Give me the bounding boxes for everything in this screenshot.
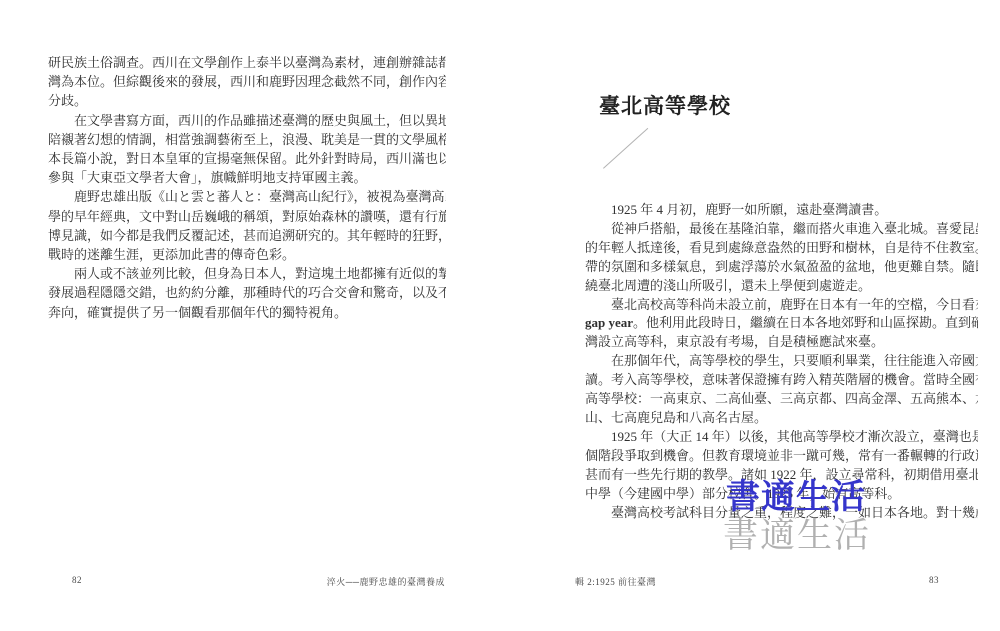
text-line: 本長篇小說，對日本皇軍的宣揚毫無保留。此外針對時局，西川滿也以行動 <box>48 149 446 168</box>
text-line: 1925 年 4 月初，鹿野一如所願，遠赴臺灣讀書。 <box>585 201 978 220</box>
text-line: 兩人或不該並列比較，但身為日本人，對這塊土地都擁有近似的摯愛， <box>48 264 446 283</box>
left-page-text: 研民族土俗調查。西川在文學創作上泰半以臺灣為素材，連創辦雜誌都以臺灣為本位。但綜… <box>48 53 446 322</box>
chapter-title: 臺北高等學校 <box>599 90 731 120</box>
text-line: 臺北高校高等科尚未設立前，鹿野在日本有一年的空檔，今日看來如 <box>585 296 978 315</box>
text-line: 個階段爭取到機會。但教育環境並非一蹴可幾，常有一番輾轉的行政過程， <box>585 447 978 466</box>
text-line: 的年輕人抵達後，看見到處綠意盎然的田野和樹林，自是待不住教室。亞熱 <box>585 239 978 258</box>
text-line: 博見識，如今都是我們反覆記述，甚而追溯研究的。其年輕時的狂野，還有 <box>48 226 446 245</box>
text-line: 從神戶搭船，最後在基隆泊靠，繼而搭火車進入臺北城。喜愛昆蟲採集 <box>585 220 978 239</box>
diagonal-rule-decoration <box>603 128 648 169</box>
text-line: 繞臺北周遭的淺山所吸引，還未上學便到處遊走。 <box>585 277 978 296</box>
watermark-ghost: 書適生活 <box>723 508 871 558</box>
text-line: 在那個年代，高等學校的學生，只要順利畢業，往往能進入帝國大學就 <box>585 352 978 371</box>
text-line: 戰時的迷離生涯，更添加此書的傳奇色彩。 <box>48 245 446 264</box>
text-line: 灣為本位。但綜觀後來的發展，西川和鹿野因理念截然不同，創作內容自有 <box>48 72 446 91</box>
text-line: 分歧。 <box>48 91 446 110</box>
text-line: 灣設立高等科，東京設有考場，自是積極應試來臺。 <box>585 333 978 352</box>
text-line: gap year。他利用此段時日，繼續在日本各地郊野和山區探勘。直到確定臺 <box>585 314 978 333</box>
text-line: 帶的氛圍和多樣氣息，到處浮蕩於水氣盈盈的盆地，他更難自禁。隨即被環 <box>585 258 978 277</box>
book-spread: { "left_page": { "page_number": "82", "r… <box>0 0 1000 631</box>
text-line: 奔向，確實提供了另一個觀看那個年代的獨特視角。 <box>48 303 446 322</box>
right-running-title: 輯 2:1925 前往臺灣 <box>575 575 656 588</box>
text-line: 1925 年（大正 14 年）以後，其他高等學校才漸次設立，臺灣也是在這 <box>585 428 978 447</box>
text-line: 讀。考入高等學校，意味著保證擁有跨入精英階層的機會。當時全國有八所 <box>585 371 978 390</box>
text-line: 在文學書寫方面，西川的作品雖描述臺灣的歷史與風土，但以異地風土 <box>48 111 446 130</box>
text-line: 陪襯著幻想的情調，相當強調藝術至上，浪漫、耽美是一貫的文學風格。幾 <box>48 130 446 149</box>
text-line: 山、七高鹿兒島和八高名古屋。 <box>585 409 978 428</box>
text-line: 高等學校：一高東京、二高仙臺、三高京都、四高金澤、五高熊本、六高岡 <box>585 390 978 409</box>
text-line: 參與「大東亞文學者大會」，旗幟鮮明地支持軍國主義。 <box>48 168 446 187</box>
right-page-number: 83 <box>929 575 939 585</box>
text-line: 發展過程隱隱交錯，也約約分離，那種時代的巧合交會和驚奇，以及不同的 <box>48 283 446 302</box>
text-line: 鹿野忠雄出版《山と雲と蕃人と：臺灣高山紀行》，被視為臺灣高山文 <box>48 187 446 206</box>
text-line: 學的早年經典，文中對山岳巍峨的稱頌，對原始森林的讚嘆，還有行旅的廣 <box>48 207 446 226</box>
left-running-title: 淬火──鹿野忠雄的臺灣養成 <box>48 575 445 588</box>
text-line: 研民族土俗調查。西川在文學創作上泰半以臺灣為素材，連創辦雜誌都以臺 <box>48 53 446 72</box>
